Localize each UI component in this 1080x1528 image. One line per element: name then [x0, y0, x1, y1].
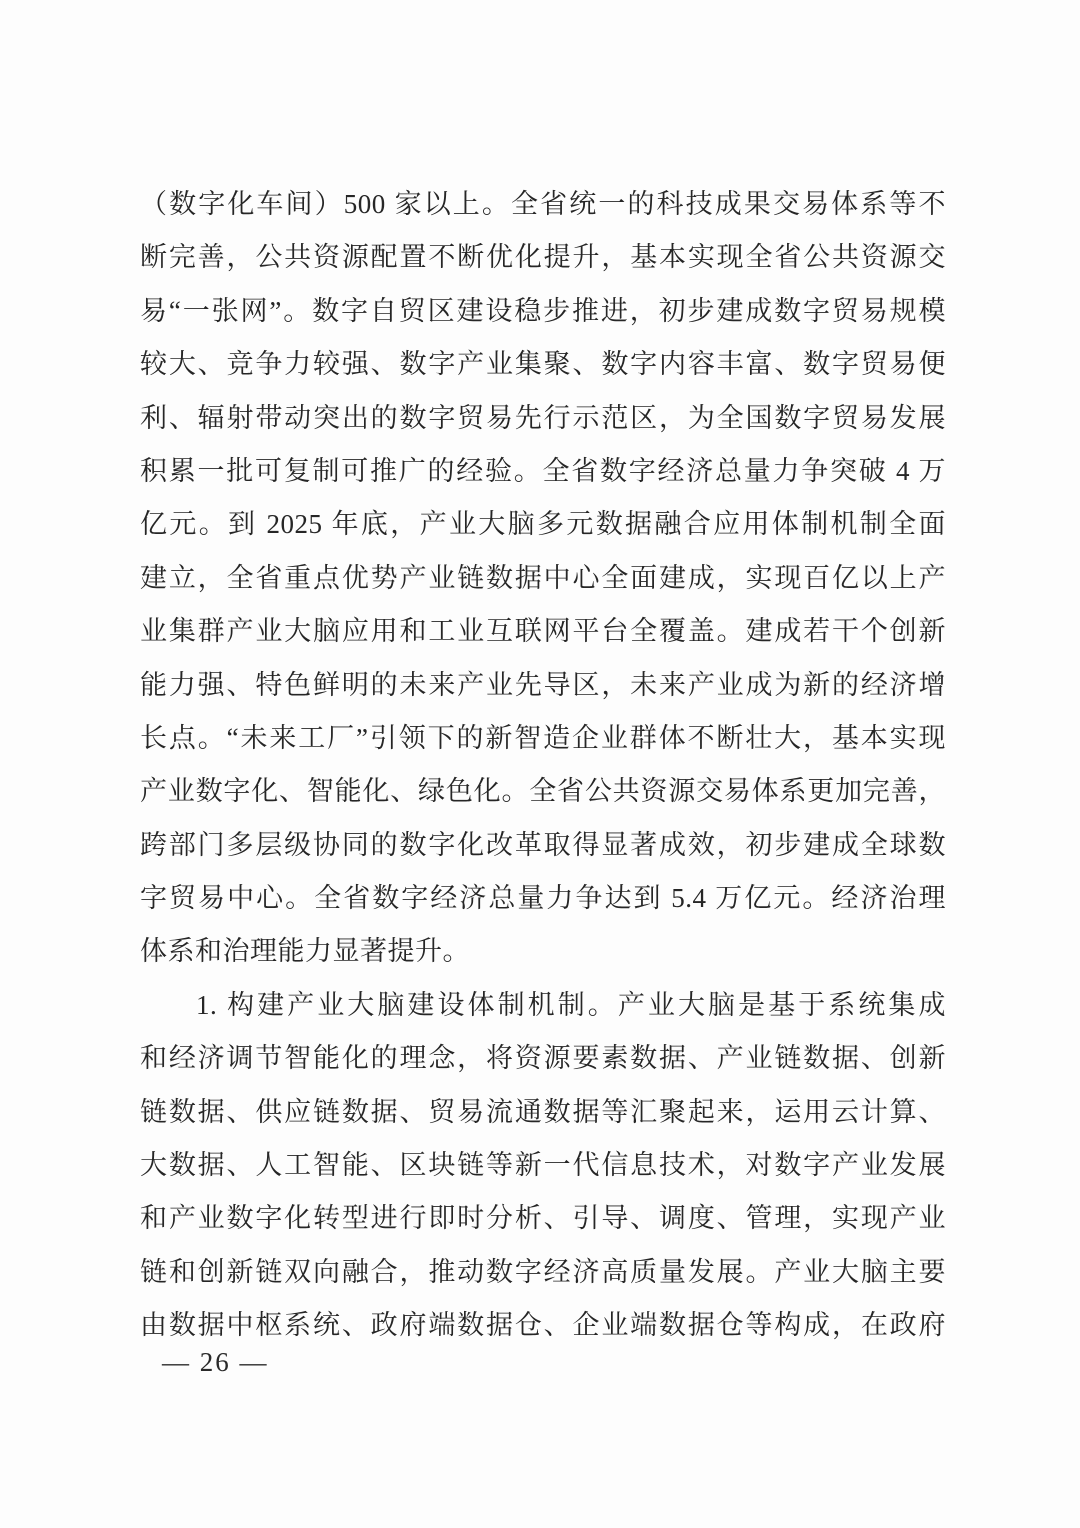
- text-line: （数字化车间）500 家以上。全省统一的科技成果交易体系等不: [140, 178, 946, 231]
- text-line: 字贸易中心。全省数字经济总量力争达到 5.4 万亿元。经济治理: [140, 872, 946, 925]
- text-line: 能力强、特色鲜明的未来产业先导区，未来产业成为新的经济增: [140, 659, 946, 712]
- text-line: 体系和治理能力显著提升。: [140, 925, 946, 978]
- text-line: 长点。“未来工厂”引领下的新智造企业群体不断壮大，基本实现: [140, 712, 946, 765]
- text-line: 和产业数字化转型进行即时分析、引导、调度、管理，实现产业: [140, 1192, 946, 1245]
- text-line: 链和创新链双向融合，推动数字经济高质量发展。产业大脑主要: [140, 1246, 946, 1299]
- text-line: 1. 构建产业大脑建设体制机制。产业大脑是基于系统集成: [140, 979, 946, 1032]
- text-line: 大数据、人工智能、区块链等新一代信息技术，对数字产业发展: [140, 1139, 946, 1192]
- text-line: 亿元。到 2025 年底，产业大脑多元数据融合应用体制机制全面: [140, 498, 946, 551]
- text-line: 断完善，公共资源配置不断优化提升，基本实现全省公共资源交: [140, 231, 946, 284]
- text-line: 积累一批可复制可推广的经验。全省数字经济总量力争突破 4 万: [140, 445, 946, 498]
- text-line: 和经济调节智能化的理念，将资源要素数据、产业链数据、创新: [140, 1032, 946, 1085]
- text-line: 产业数字化、智能化、绿色化。全省公共资源交易体系更加完善，: [140, 765, 946, 818]
- text-line: 链数据、供应链数据、贸易流通数据等汇聚起来，运用云计算、: [140, 1086, 946, 1139]
- text-line: 较大、竞争力较强、数字产业集聚、数字内容丰富、数字贸易便: [140, 338, 946, 391]
- document-body: （数字化车间）500 家以上。全省统一的科技成果交易体系等不断完善，公共资源配置…: [140, 178, 946, 1353]
- text-line: 跨部门多层级协同的数字化改革取得显著成效，初步建成全球数: [140, 819, 946, 872]
- text-line: 易“一张网”。数字自贸区建设稳步推进，初步建成数字贸易规模: [140, 285, 946, 338]
- text-line: 利、辐射带动突出的数字贸易先行示范区，为全国数字贸易发展: [140, 392, 946, 445]
- document-page: （数字化车间）500 家以上。全省统一的科技成果交易体系等不断完善，公共资源配置…: [0, 0, 1080, 1528]
- page-number: — 26 —: [162, 1340, 269, 1384]
- text-line: 业集群产业大脑应用和工业互联网平台全覆盖。建成若干个创新: [140, 605, 946, 658]
- text-line: 建立，全省重点优势产业链数据中心全面建成，实现百亿以上产: [140, 552, 946, 605]
